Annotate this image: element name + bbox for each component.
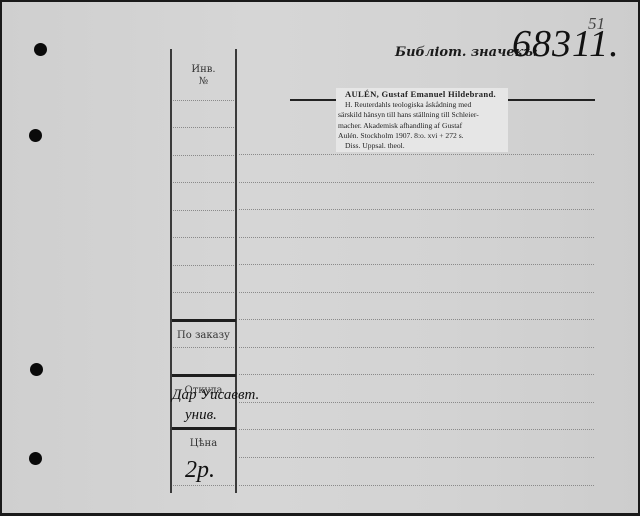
left-row-line	[173, 237, 234, 238]
right-row-line	[239, 347, 594, 348]
left-row-line	[173, 127, 234, 128]
right-row-line	[239, 402, 594, 403]
right-row-line	[239, 319, 594, 320]
left-row-line	[173, 155, 234, 156]
right-row-line	[239, 237, 594, 238]
clipping-title: AULÉN, Gustaf Emanuel Hildebrand.	[345, 89, 496, 99]
bibliographic-clipping: AULÉN, Gustaf Emanuel Hildebrand. H. Reu…	[336, 88, 508, 152]
inv-label: Инв.	[172, 64, 235, 75]
source-handwritten-2: унив.	[185, 407, 217, 424]
right-row-line	[239, 182, 594, 183]
clipping-body: H. Reuterdahls teologiska åskådning med …	[338, 100, 506, 151]
right-row-line	[239, 264, 594, 265]
punch-hole	[34, 43, 47, 56]
right-row-line	[239, 485, 594, 486]
left-row-line	[173, 485, 234, 486]
right-row-line	[239, 457, 594, 458]
price-label: Цѣна	[172, 438, 235, 449]
right-row-line	[239, 292, 594, 293]
punch-hole	[29, 129, 42, 142]
order-section-divider	[172, 319, 236, 322]
clipping-line: H. Reuterdahls teologiska åskådning med	[338, 100, 506, 110]
right-row-line	[239, 209, 594, 210]
right-row-line	[239, 154, 594, 155]
catalog-card: Библіот. значекъ: 68311. 51 Инв. № По за…	[2, 2, 638, 513]
punch-hole	[30, 363, 43, 376]
clipping-line: Aulén. Stockholm 1907. 8:o. xvi + 272 s.	[338, 131, 506, 141]
punch-hole	[29, 452, 42, 465]
right-row-line	[239, 374, 594, 375]
inv-number-sign: №	[172, 76, 235, 87]
clipping-line: Diss. Uppsal. theol.	[338, 141, 506, 151]
left-row-line	[173, 182, 234, 183]
price-section-divider	[172, 427, 236, 430]
source-section-divider	[172, 374, 236, 377]
clipping-line: macher. Akademisk afhandling af Gustaf	[338, 121, 506, 131]
left-row-line	[173, 265, 234, 266]
left-row-line	[173, 100, 234, 101]
order-label: По заказу	[172, 330, 235, 341]
clipping-line: särskild hänsyn till hans ställning till…	[338, 110, 506, 120]
left-row-line	[173, 210, 234, 211]
right-row-line	[239, 429, 594, 430]
left-row-line	[173, 347, 234, 348]
left-row-line	[173, 292, 234, 293]
price-handwritten: 2р.	[185, 457, 215, 484]
corner-note: 51	[588, 14, 605, 34]
